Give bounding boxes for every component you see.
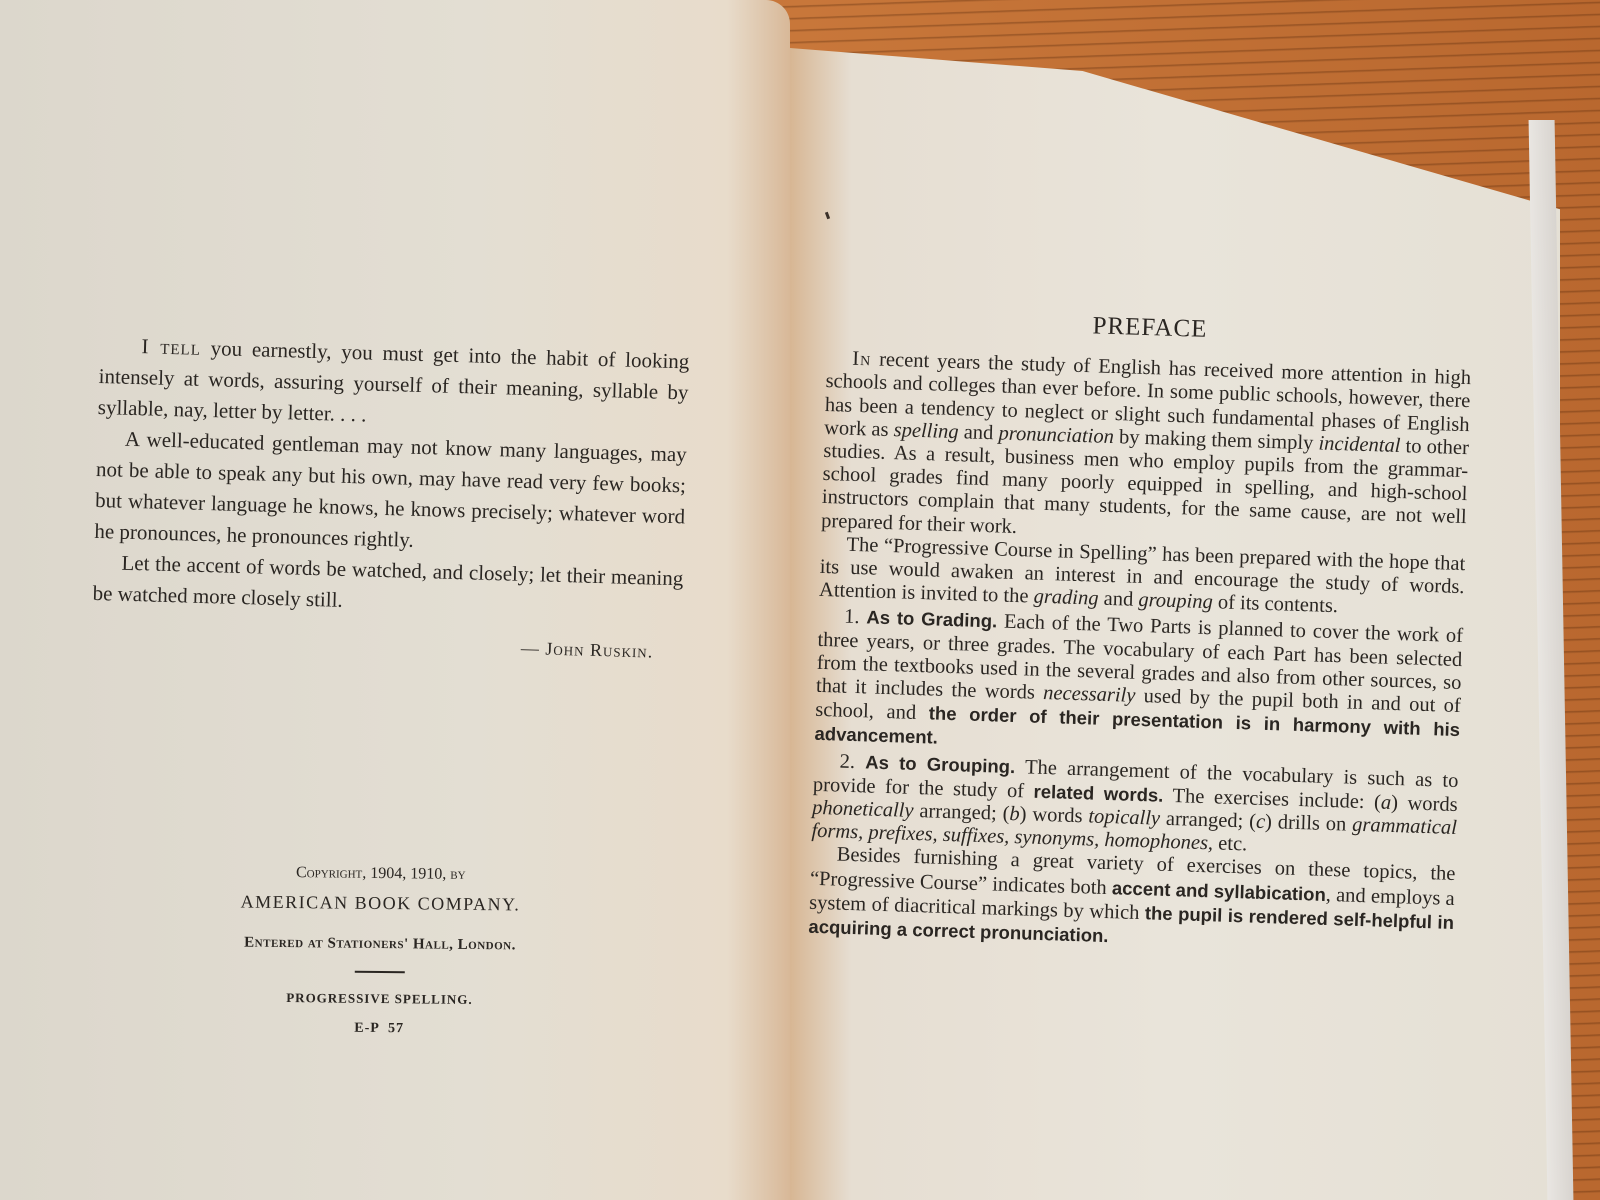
entered-line: Entered at Stationers' Hall, London. xyxy=(190,934,570,955)
item-label: As to Grading. xyxy=(866,607,997,632)
text: ) drills on xyxy=(1265,811,1353,836)
grading-section: 1. As to Grading. Each of the Two Parts … xyxy=(814,604,1463,766)
emphasis: topically xyxy=(1088,805,1160,829)
emphasis: b xyxy=(1009,803,1020,825)
divider xyxy=(355,971,405,974)
text: ) words xyxy=(1391,792,1458,816)
emphasis: a xyxy=(1381,791,1392,813)
text: and xyxy=(1098,588,1139,611)
imprint: Copyright, 1904, 1910, by AMERICAN BOOK … xyxy=(189,863,571,1039)
epigraph-lead: I tell xyxy=(141,334,201,360)
emphasis: phonetically xyxy=(812,797,914,822)
item-number: 2. xyxy=(839,750,855,772)
publisher-line: AMERICAN BOOK COMPANY. xyxy=(190,891,570,916)
text: ) words xyxy=(1019,803,1088,827)
item-number: 1. xyxy=(844,606,860,628)
item-label: As to Grouping. xyxy=(865,751,1016,777)
preface-paragraph: Besides furnishing a great variety of ex… xyxy=(808,843,1456,959)
epigraph-text: A well-educated gentleman may not know m… xyxy=(94,427,687,552)
emphasis: incidental xyxy=(1318,432,1401,457)
emphasis: grading xyxy=(1033,586,1099,610)
preface: PREFACE In recent years the study of Eng… xyxy=(808,306,1473,959)
bold-text: related words. xyxy=(1033,781,1163,806)
text: arranged; ( xyxy=(1160,808,1257,833)
paragraph-lead: In xyxy=(852,348,872,371)
epigraph-paragraph: A well-educated gentleman may not know m… xyxy=(94,423,687,563)
text: etc. xyxy=(1213,833,1248,856)
epigraph: I tell you earnestly, you must get into … xyxy=(91,330,690,668)
bold-text: accent and syllabication xyxy=(1112,877,1327,905)
book-title-line: PROGRESSIVE SPELLING. xyxy=(189,989,569,1009)
emphasis: pronunciation xyxy=(998,422,1114,448)
emphasis: necessarily xyxy=(1043,682,1136,707)
text: arranged; ( xyxy=(913,800,1010,825)
text: and xyxy=(958,421,999,444)
text: of its contents. xyxy=(1212,591,1338,617)
preface-paragraph: In recent years the study of English has… xyxy=(821,347,1472,553)
emphasis: spelling xyxy=(893,419,959,443)
epigraph-paragraph: I tell you earnestly, you must get into … xyxy=(97,330,689,439)
copyright-line: Copyright, 1904, 1910, by xyxy=(191,863,571,885)
emphasis: grouping xyxy=(1138,589,1213,613)
